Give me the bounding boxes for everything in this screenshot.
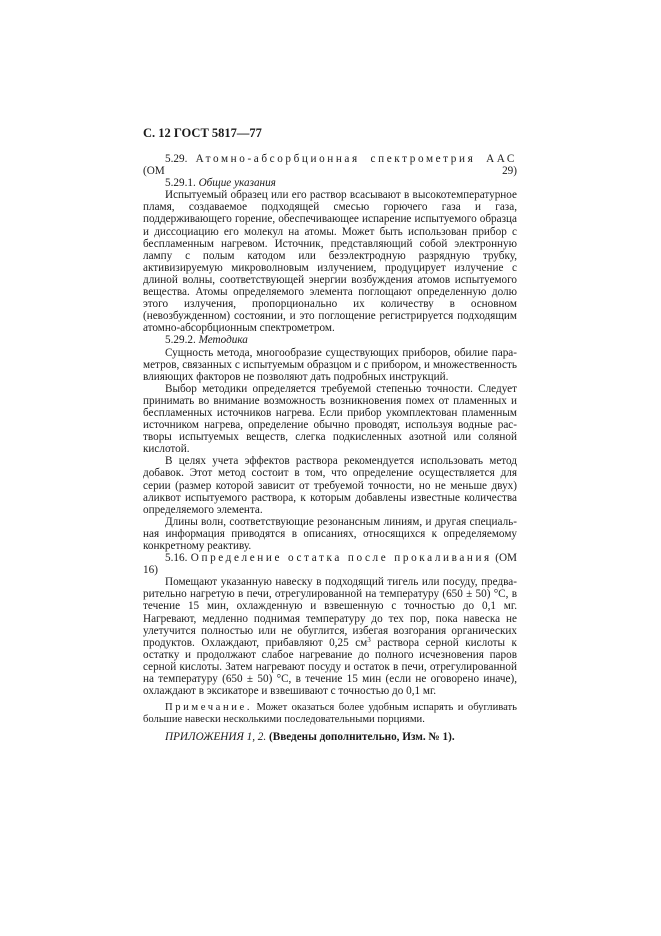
section-number: 5.29. xyxy=(165,153,187,165)
section-5-16-heading: 5.16. Определение остатка после прокалив… xyxy=(143,552,517,576)
subsection-number: 5.29.1. xyxy=(165,177,196,189)
subsection-5-29-1-heading: 5.29.1. Общие указания xyxy=(143,177,517,189)
paragraph: Помещают указанную навеску в подходящий … xyxy=(143,576,517,697)
appendix-label: ПРИЛОЖЕНИЯ 1, 2. xyxy=(165,731,266,743)
paragraph: Сущность метода, многообразие существующ… xyxy=(143,347,517,383)
appendix-reference: ПРИЛОЖЕНИЯ 1, 2. (Введены дополнительно,… xyxy=(143,731,517,743)
paragraph: Длины волн, соответствующие резонансным … xyxy=(143,516,517,552)
note: Примечание. Может оказаться более удобны… xyxy=(143,702,517,725)
note-label: Примечание. xyxy=(165,702,252,713)
section-number: 5.16. xyxy=(165,552,187,564)
running-header: С. 12 ГОСТ 5817—77 xyxy=(143,127,262,139)
section-title: Атомно-абсорбционная спектрометрия ААС xyxy=(196,153,517,165)
section-title: Определение остатка после прокаливания xyxy=(191,552,492,564)
section-code: (ОМ 29) xyxy=(143,165,517,177)
section-5-29-heading: 5.29. Атомно-абсорбционная спектрометрия… xyxy=(143,153,517,177)
subsection-title: Методика xyxy=(199,334,248,346)
appendix-text: (Введены дополнительно, Изм. № 1). xyxy=(269,731,455,743)
subsection-title: Общие указания xyxy=(199,177,276,189)
paragraph: Испытуемый образец или его раствор всасы… xyxy=(143,189,517,334)
subsection-number: 5.29.2. xyxy=(165,334,196,346)
paragraph: В целях учета эффектов раствора рекоменд… xyxy=(143,455,517,515)
subsection-5-29-2-heading: 5.29.2. Методика xyxy=(143,334,517,346)
document-body: 5.29. Атомно-абсорбционная спектрометрия… xyxy=(143,153,517,744)
paragraph: Выбор методики определяется требуемой ст… xyxy=(143,383,517,456)
